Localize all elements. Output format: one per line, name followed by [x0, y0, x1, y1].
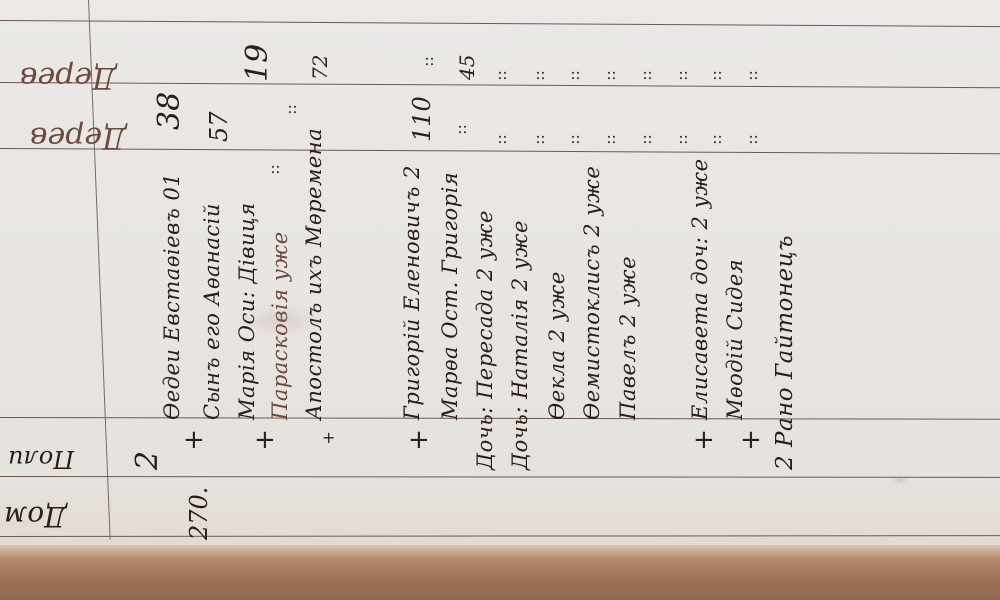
entry-text: Дочь: Пересада 2 уже: [473, 210, 497, 470]
entry-text: Мѳодій Сидея: [723, 259, 747, 420]
entry-text: 2 Рано Гайтонецъ: [772, 235, 798, 470]
ditto-mark: ::: [742, 134, 761, 145]
ditto-mark: ::: [451, 124, 470, 135]
entry-number: 110: [408, 96, 436, 142]
ledger-page: Дерев Дерев Поли Дом 270. 2 Ѳедеи Евстаѳ…: [0, 0, 1000, 560]
cross-mark: +: [693, 425, 715, 455]
ditto-mark: ::: [281, 104, 300, 115]
rule-line: [0, 82, 1000, 88]
entry-text: Дочь: Наталія 2 уже: [508, 220, 532, 470]
ditto-mark: ::: [600, 134, 619, 145]
entry-age: 72: [308, 55, 332, 80]
entry-number: 57: [205, 111, 233, 142]
ditto-mark: ::: [529, 134, 548, 145]
entry-text: Парасковія уже: [268, 231, 292, 420]
entry-text: Апостолъ ихъ Мѳремена: [302, 128, 326, 420]
ditto-mark: ::: [636, 134, 655, 145]
cross-mark: +: [740, 425, 762, 455]
margin-fragment: Дерев: [20, 60, 117, 95]
ditto-mark: ::: [264, 164, 283, 175]
ditto-mark: ::: [706, 70, 725, 81]
row-number: 270.: [185, 487, 213, 540]
entry-text: Сынъ его Аѳанасій: [200, 203, 224, 420]
entry-text: Ѳемистоклисъ 2 уже: [580, 166, 604, 420]
rule-line: [0, 535, 1000, 537]
ditto-mark: ::: [529, 70, 548, 81]
row-number: 2: [130, 451, 165, 470]
entry-text: Марѳа Ост. Григорія: [438, 172, 462, 420]
rule-line: [0, 417, 1000, 420]
ditto-mark: ::: [564, 134, 583, 145]
margin-fragment: Дерев: [30, 120, 127, 155]
cross-mark: +: [254, 425, 276, 455]
margin-fragment: Дом: [4, 500, 67, 533]
ditto-mark: ::: [491, 134, 510, 145]
entry-text: Ѳедеи Евстаѳіевъ 01: [160, 173, 184, 420]
ditto-mark: ::: [418, 56, 437, 67]
column-divider: [88, 0, 111, 540]
ditto-mark: ::: [600, 70, 619, 81]
entry-number: 38: [152, 92, 187, 130]
ditto-mark: ::: [564, 70, 583, 81]
rule-line: [0, 148, 1000, 154]
margin-fragment: Поли: [8, 445, 74, 473]
ditto-mark: ::: [491, 70, 510, 81]
entry-age: 45: [455, 55, 479, 80]
ditto-mark: ::: [706, 134, 725, 145]
entry-text: Павелъ 2 уже: [616, 256, 640, 420]
cross-mark: +: [183, 425, 205, 455]
entry-text: Елисавета доч: 2 уже: [688, 158, 712, 420]
entry-text: Марія Оси: Дівиця: [235, 202, 259, 420]
rule-line: [0, 476, 1000, 478]
cross-mark: +: [408, 425, 430, 455]
entry-text: Григорій Еленовичъ 2: [400, 165, 424, 420]
page-edge: [0, 545, 1000, 600]
ditto-mark: ::: [636, 70, 655, 81]
rule-line: [0, 20, 1000, 27]
ditto-mark: ::: [672, 70, 691, 81]
cross-mark: +: [322, 428, 335, 447]
ditto-mark: ::: [742, 70, 761, 81]
entry-text: Ѳекла 2 уже: [545, 271, 569, 420]
entry-age: 19: [240, 44, 275, 82]
ditto-mark: ::: [672, 134, 691, 145]
